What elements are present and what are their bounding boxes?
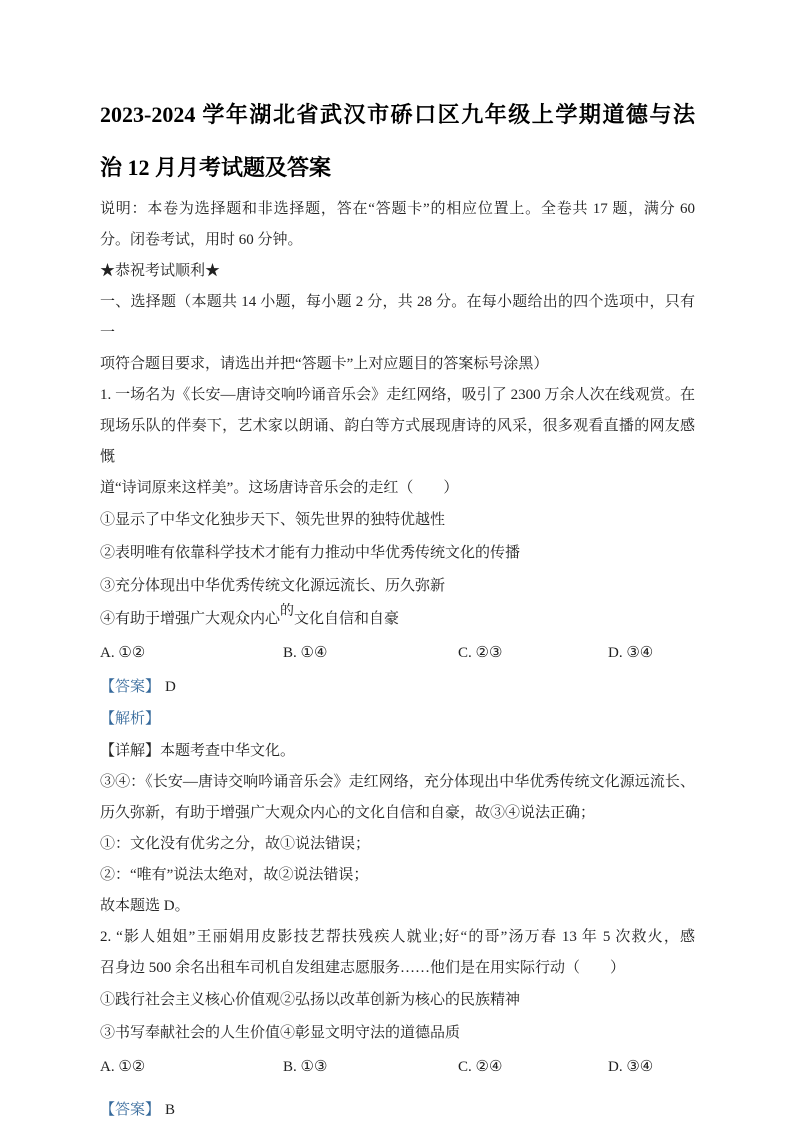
exam-notice-line-1: 说明：本卷为选择题和非选择题，答在“答题卡”的相应位置上。全卷共 17 题，满分… (100, 194, 695, 225)
analysis-label: 【解析】 (100, 711, 160, 727)
exam-greeting: ★恭祝考试顺利★ (100, 256, 695, 287)
question-2-choice-d: D. ③④ (608, 1051, 695, 1084)
question-2-answer-value: B (165, 1102, 175, 1118)
question-1-answer-value: D (165, 679, 176, 695)
question-1-explanation-line-4: ②：“唯有”说法太绝对，故②说法错误； (100, 860, 695, 891)
answer-label: 【答案】 (100, 1102, 160, 1118)
question-1-answer-line: 【答案】D (100, 671, 695, 703)
detail-label: 【详解】 (100, 743, 160, 759)
exam-notice-line-2: 分。闭卷考试，用时 60 分钟。 (100, 225, 695, 256)
question-1-statement-1: ①显示了中华文化独步天下、领先世界的独特优越性 (100, 504, 695, 537)
section-heading-line-1: 一、选择题（本题共 14 小题，每小题 2 分，共 28 分。在每小题给出的四个… (100, 287, 695, 349)
question-2-stem-line-2: 召身边 500 余名出租车司机自发组建志愿服务……他们是在用实际行动（ ） (100, 953, 695, 984)
answer-label: 【答案】 (100, 679, 160, 695)
question-1-stem-line-1: 1. 一场名为《长安—唐诗交响吟诵音乐会》走红网络，吸引了 2300 万余人次在… (100, 380, 695, 411)
question-1-stem-line-2: 现场乐队的伴奏下，艺术家以朗诵、韵白等方式展现唐诗的风采，很多观看直播的网友感慨 (100, 411, 695, 473)
question-1-explanation-line-3: ①：文化没有优劣之分，故①说法错误； (100, 829, 695, 860)
question-1-choice-c: C. ②③ (458, 637, 608, 670)
question-2-choice-a: A. ①② (100, 1051, 283, 1084)
question-1-analysis-line: 【解析】 (100, 703, 695, 735)
statement-4-raised-char: 的 (280, 604, 294, 619)
question-1-choice-d: D. ③④ (608, 637, 695, 670)
question-1-conclusion-line: 故本题选 D。 (100, 891, 695, 922)
question-1-statement-3: ③充分体现出中华优秀传统文化源远流长、历久弥新 (100, 570, 695, 603)
document-title-line-2: 治 12 月月考试题及答案 (100, 141, 695, 194)
document-title-line-1: 2023-2024 学年湖北省武汉市硚口区九年级上学期道德与法 (100, 88, 695, 141)
question-1-explanation-line-2: 历久弥新，有助于增强广大观众内心的文化自信和自豪，故③④说法正确； (100, 798, 695, 829)
section-heading-line-2: 项符合题目要求，请选出并把“答题卡”上对应题目的答案标号涂黑） (100, 349, 695, 380)
question-2-choice-b: B. ①③ (283, 1051, 458, 1084)
question-2-choice-c: C. ②④ (458, 1051, 608, 1084)
question-1-statement-4: ④有助于增强广大观众内心的文化自信和自豪 (100, 603, 695, 636)
question-1-stem-line-3: 道“诗词原来这样美”。这场唐诗音乐会的走红（ ） (100, 473, 695, 504)
question-2-statements-3-4: ③书写奉献社会的人生价值④彰显文明守法的道德品质 (100, 1017, 695, 1050)
question-1-choice-b: B. ①④ (283, 637, 458, 670)
question-1-choices-row: A. ①② B. ①④ C. ②③ D. ③④ (100, 637, 695, 670)
statement-4-text-before: ④有助于增强广大观众内心 (100, 611, 280, 627)
question-2-stem-line-1: 2. “影人姐姐”王丽娟用皮影技艺帮扶残疾人就业;好“的哥”汤万春 13 年 5… (100, 922, 695, 953)
question-1-detail-text: 本题考查中华文化。 (160, 743, 295, 759)
question-1-explanation-line-1: ③④：《长安—唐诗交响吟诵音乐会》走红网络，充分体现出中华优秀传统文化源远流长、 (100, 767, 695, 798)
question-1-choice-a: A. ①② (100, 637, 283, 670)
question-1-detail-line: 【详解】本题考查中华文化。 (100, 735, 695, 767)
statement-4-text-after: 文化自信和自豪 (294, 611, 399, 627)
exam-document-page: 2023-2024 学年湖北省武汉市硚口区九年级上学期道德与法 治 12 月月考… (0, 0, 793, 1122)
question-2-choices-row: A. ①② B. ①③ C. ②④ D. ③④ (100, 1051, 695, 1084)
question-2-statements-1-2: ①践行社会主义核心价值观②弘扬以改革创新为核心的民族精神 (100, 984, 695, 1017)
question-1-statement-2: ②表明唯有依靠科学技术才能有力推动中华优秀传统文化的传播 (100, 537, 695, 570)
document-content: 2023-2024 学年湖北省武汉市硚口区九年级上学期道德与法 治 12 月月考… (0, 0, 793, 1122)
question-2-answer-line: 【答案】B (100, 1094, 695, 1122)
